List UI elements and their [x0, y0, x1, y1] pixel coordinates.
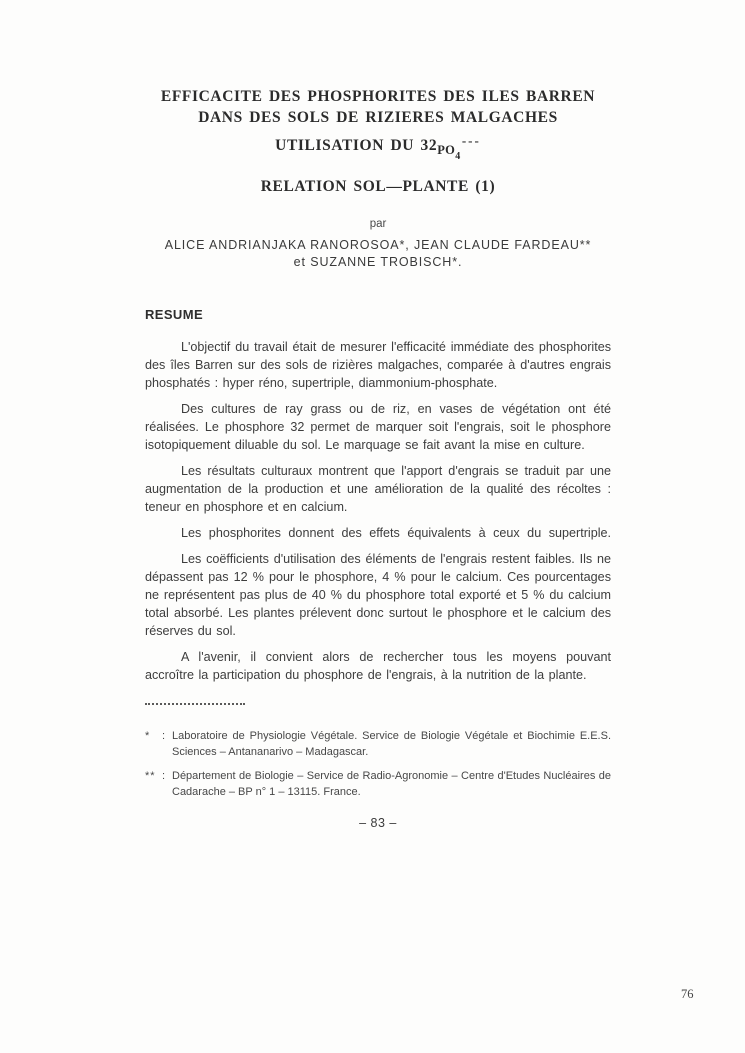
- title-line-4: RELATION SOL—PLANTE (1): [145, 176, 611, 197]
- isotope-number: 32: [421, 137, 438, 154]
- byline: par: [145, 218, 611, 230]
- resume-paragraph-1: L'objectif du travail était de mesurer l…: [145, 338, 611, 392]
- authors-block: ALICE ANDRIANJAKA RANOROSOA*, JEAN CLAUD…: [145, 237, 611, 271]
- footnote-2-marker: **: [145, 769, 162, 800]
- resume-paragraph-6: A l'avenir, il convient alors de recherc…: [145, 648, 611, 684]
- authors-line-2: et SUZANNE TROBISCH*.: [145, 254, 611, 271]
- formula-subscript: 4: [455, 151, 461, 162]
- title-line-2: DANS DES SOLS DE RIZIERES MALGACHES: [145, 107, 611, 128]
- footnote-1: * : Laboratoire de Physiologie Végétale.…: [145, 729, 611, 760]
- title-block: EFFICACITE DES PHOSPHORITES DES ILES BAR…: [145, 86, 611, 197]
- resume-paragraph-2: Des cultures de ray grass ou de riz, en …: [145, 400, 611, 454]
- formula-charge: ---: [462, 133, 481, 148]
- formula-base: PO: [437, 143, 455, 157]
- resume-paragraph-4: Les phosphorites donnent des effets équi…: [145, 524, 611, 542]
- corner-page-number: 76: [681, 987, 694, 1002]
- resume-paragraph-3: Les résultats culturaux montrent que l'a…: [145, 462, 611, 516]
- page-content: EFFICACITE DES PHOSPHORITES DES ILES BAR…: [145, 86, 611, 830]
- page-number: – 83 –: [145, 816, 611, 830]
- footnote-separator-rule: [145, 703, 245, 705]
- resume-paragraph-5: Les coëfficients d'utilisation des éléme…: [145, 550, 611, 640]
- footnote-2: ** : Département de Biologie – Service d…: [145, 769, 611, 800]
- resume-heading: RESUME: [145, 307, 611, 322]
- footnote-1-colon: :: [162, 729, 172, 760]
- title-line-3-prefix: UTILISATION DU: [275, 137, 420, 154]
- footnote-1-marker: *: [145, 729, 162, 760]
- footnotes-block: * : Laboratoire de Physiologie Végétale.…: [145, 729, 611, 800]
- title-line-3: UTILISATION DU 32PO4---: [145, 130, 611, 167]
- authors-line-1: ALICE ANDRIANJAKA RANOROSOA*, JEAN CLAUD…: [145, 237, 611, 254]
- title-line-1: EFFICACITE DES PHOSPHORITES DES ILES BAR…: [145, 86, 611, 107]
- document-page: EFFICACITE DES PHOSPHORITES DES ILES BAR…: [0, 0, 745, 1053]
- footnote-2-text: Département de Biologie – Service de Rad…: [172, 769, 611, 800]
- footnote-2-colon: :: [162, 769, 172, 800]
- footnote-1-text: Laboratoire de Physiologie Végétale. Ser…: [172, 729, 611, 760]
